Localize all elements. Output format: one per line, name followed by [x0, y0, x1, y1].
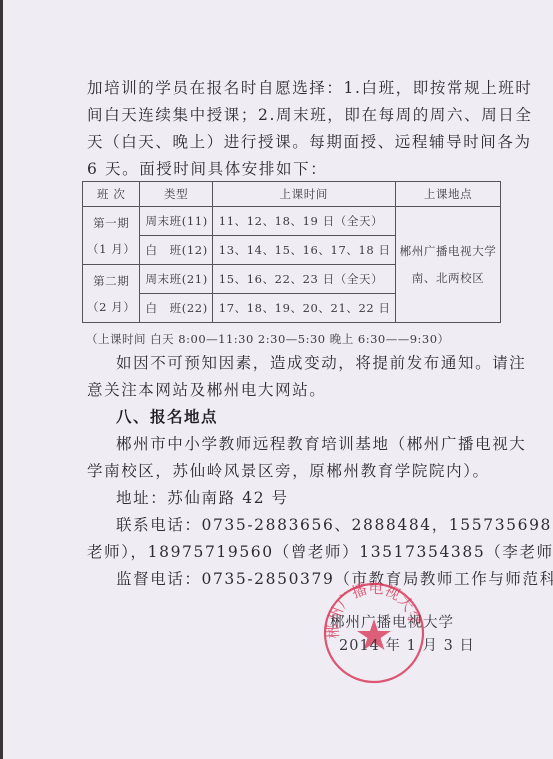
location-line-1: 郴州广播电视大学	[400, 238, 497, 265]
official-seal-icon: 郴州广播电视大学	[322, 581, 426, 685]
intro-line-3: 天（白天、晚上）进行授课。每期面授、远程辅导时间各为	[87, 130, 532, 152]
table-row: 第一期 （1 月） 周末班(11) 11、12、18、19 日（全天） 郴州广播…	[83, 207, 501, 236]
class-dates: 15、16、22、23 日（全天）	[212, 265, 395, 294]
location-line-2: 南、北两校区	[400, 265, 497, 292]
class-dates: 11、12、18、19 日（全天）	[212, 207, 395, 236]
location-cell: 郴州广播电视大学 南、北两校区	[395, 207, 501, 323]
contact-line-2: 老师），18975719560（曾老师）13517354385（李老师）	[87, 540, 553, 562]
section-heading: 八、报名地点	[116, 405, 218, 427]
header-class: 班 次	[83, 182, 140, 207]
header-time: 上课时间	[212, 182, 395, 207]
period-name: 第二期	[87, 273, 135, 289]
schedule-table: 班 次 类型 上课时间 上课地点 第一期 （1 月） 周末班(11) 11、12…	[82, 181, 501, 323]
notice-line-2: 意关注本网站及郴州电大网站。	[87, 378, 326, 400]
place-line-1: 郴州市中小学教师远程教育培训基地（郴州广播电视大	[116, 432, 526, 454]
place-line-2: 学南校区，苏仙岭风景区旁，原郴州教育学院院内）。	[87, 459, 490, 481]
header-location: 上课地点	[395, 182, 501, 207]
class-type: 周末班(21)	[140, 265, 212, 294]
address-line: 地址：苏仙南路 42 号	[116, 486, 289, 508]
class-dates: 17、18、19、20、21、22 日	[212, 294, 395, 323]
intro-line-1: 加培训的学员在报名时自愿选择：1.白班，即按常规上班时	[87, 76, 533, 98]
class-type: 白 班(22)	[140, 294, 212, 323]
notice-line-1: 如因不可预知因素，造成变动，将提前发布通知。请注	[116, 351, 526, 373]
class-type: 白 班(12)	[140, 236, 212, 265]
intro-line-4: 6 天。面授时间具体安排如下：	[87, 157, 327, 179]
period-cell: 第二期 （2 月）	[83, 265, 140, 323]
period-month: （2 月）	[87, 299, 135, 315]
contact-line-1: 联系电话：0735-2883656、2888484，15573569862（刘	[116, 513, 553, 535]
header-type: 类型	[140, 182, 212, 207]
intro-line-2: 间白天连续集中授课；2.周末班，即在每周的周六、周日全	[87, 103, 533, 125]
class-time-note: （上课时间 白天 8:00—11:30 2:30—5:30 晚上 6:30——9…	[86, 331, 450, 347]
class-type: 周末班(11)	[140, 207, 212, 236]
class-dates: 13、14、15、16、17、18 日	[212, 236, 395, 265]
scan-edge	[0, 0, 3, 759]
period-month: （1 月）	[87, 241, 135, 257]
period-cell: 第一期 （1 月）	[83, 207, 140, 265]
signature-date: 2014 年 1 月 3 日	[339, 634, 475, 655]
table-header-row: 班 次 类型 上课时间 上课地点	[83, 182, 501, 207]
period-name: 第一期	[87, 215, 135, 231]
signature-org: 郴州广播电视大学	[330, 611, 454, 632]
